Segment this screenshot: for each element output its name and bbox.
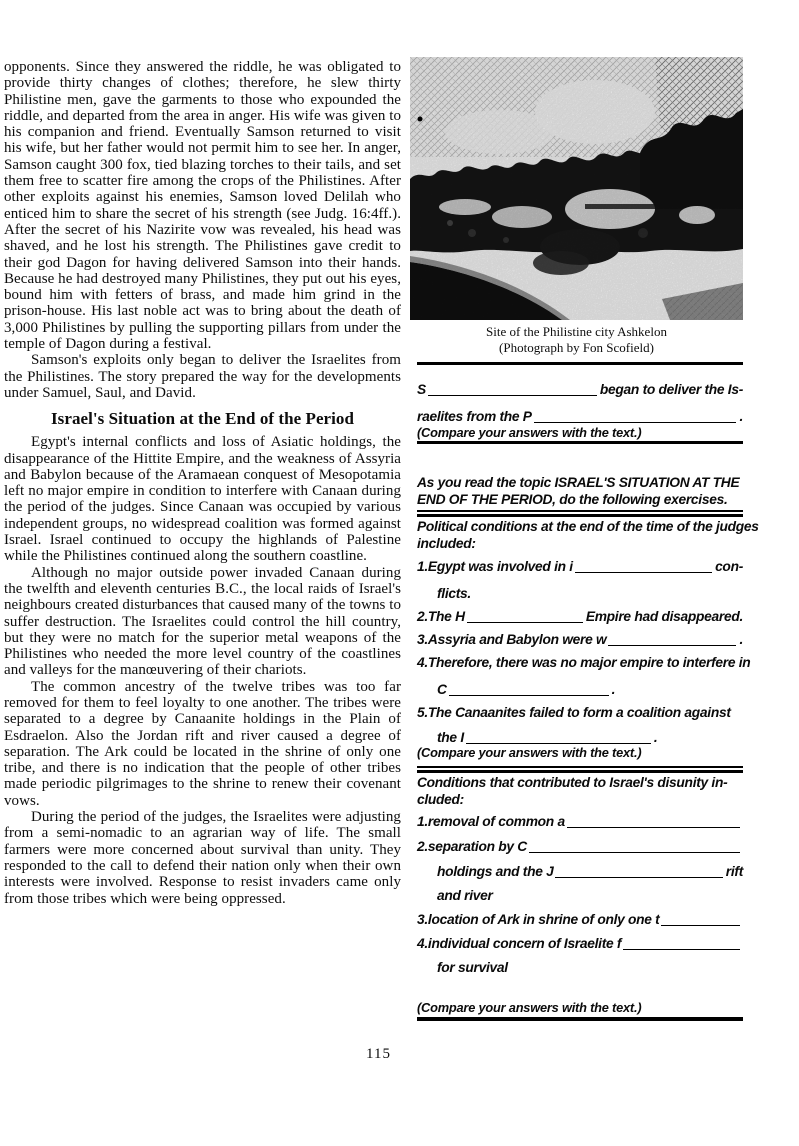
section-heading: Israel's Situation at the End of the Per…: [4, 409, 401, 428]
blank-line: [661, 912, 740, 926]
exercise-item-continuation: flicts.: [417, 585, 743, 602]
left-column: opponents. Since they answered the riddl…: [4, 59, 401, 907]
item-text: flicts.: [437, 585, 471, 602]
paragraph: During the period of the judges, the Isr…: [4, 809, 401, 907]
exercise-item: 1. removal of common a: [417, 813, 743, 830]
item-text: C: [437, 681, 447, 698]
item-number: 4.: [417, 654, 428, 671]
item-number: 3.: [417, 631, 428, 648]
fill-in-line: raelites from the P .: [417, 408, 743, 425]
ashkelon-photo-illustration: [410, 57, 743, 320]
item-text: .: [612, 681, 616, 698]
prompt-text: Conditions that contributed to Israel's …: [417, 774, 727, 791]
compare-note: (Compare your answers with the text.): [417, 746, 743, 760]
paragraph: The common ancestry of the twelve tribes…: [4, 679, 401, 809]
prompt-line: included:: [417, 535, 743, 552]
exercise-item: 2. separation by C: [417, 838, 743, 855]
photo-caption-line2: (Photograph by Fon Scofield): [410, 340, 743, 356]
page-number: 115: [366, 1046, 391, 1063]
exercise-item-continuation: for survival: [417, 959, 743, 976]
exercise-intro-line: As you read the topic ISRAEL'S SITUATION…: [417, 474, 743, 491]
item-number: 1.: [417, 558, 428, 575]
prompt-text: included:: [417, 535, 476, 552]
blank-line: [623, 936, 740, 950]
exercise-item-continuation: C .: [417, 681, 743, 698]
blank-line: [466, 730, 651, 744]
ashkelon-photo: [410, 57, 743, 320]
paragraph: opponents. Since they answered the riddl…: [4, 59, 401, 352]
fill-in-text: raelites from the P: [417, 408, 532, 425]
exercise-item: 3. Assyria and Babylon were w .: [417, 631, 743, 648]
blank-line: [534, 409, 737, 423]
item-text: location of Ark in shrine of only one t: [428, 911, 660, 928]
item-text: individual concern of Israelite f: [428, 935, 621, 952]
item-number: 4.: [417, 935, 428, 952]
prompt-line: Conditions that contributed to Israel's …: [417, 774, 743, 791]
item-text: con-: [715, 558, 743, 575]
fill-in-text: .: [739, 408, 743, 425]
exercise-item: 3. location of Ark in shrine of only one…: [417, 911, 743, 928]
blank-line: [428, 382, 597, 396]
blank-line: [608, 632, 736, 646]
divider-rule: [417, 510, 743, 517]
blank-line: [567, 814, 740, 828]
compare-note: (Compare your answers with the text.): [417, 426, 743, 440]
prompt-line: Political conditions at the end of the t…: [417, 518, 743, 535]
item-number: 3.: [417, 911, 428, 928]
item-number: 2.: [417, 838, 428, 855]
item-text: The Canaanites failed to form a coalitio…: [428, 704, 731, 721]
item-text: Empire had disappeared.: [586, 608, 743, 625]
item-text: separation by C: [428, 838, 527, 855]
item-number: 1.: [417, 813, 428, 830]
item-number: 2.: [417, 608, 428, 625]
exercise-item: 4. Therefore, there was no major empire …: [417, 654, 743, 671]
blank-line: [529, 839, 740, 853]
book-page: opponents. Since they answered the riddl…: [0, 0, 799, 1146]
item-text: rift: [726, 863, 743, 880]
item-text: .: [654, 729, 658, 746]
item-text: Therefore, there was no major empire to …: [428, 654, 751, 671]
exercise-item-continuation: holdings and the J rift: [417, 863, 743, 880]
exercise-item: 5. The Canaanites failed to form a coali…: [417, 704, 743, 721]
intro-text: END OF THE PERIOD, do the following exer…: [417, 491, 727, 508]
fill-in-text: began to deliver the Is-: [600, 381, 743, 398]
divider-rule: [417, 766, 743, 773]
exercise-item-continuation: and river: [417, 887, 743, 904]
item-text: The H: [428, 608, 465, 625]
exercise-item: 4. individual concern of Israelite f: [417, 935, 743, 952]
item-text: Egypt was involved in i: [428, 558, 573, 575]
prompt-text: Political conditions at the end of the t…: [417, 518, 759, 535]
blank-line: [467, 609, 583, 623]
photo-caption: Site of the Philistine city Ashkelon (Ph…: [410, 324, 743, 355]
item-text: removal of common a: [428, 813, 565, 830]
paragraph: Samson's exploits only began to deliver …: [4, 352, 401, 401]
item-text: for survival: [437, 959, 508, 976]
fill-in-line: S began to deliver the Is-: [417, 381, 743, 398]
item-text: the I: [437, 729, 464, 746]
exercise-column: S began to deliver the Is- raelites from…: [417, 362, 743, 1021]
item-text: Assyria and Babylon were w: [428, 631, 607, 648]
intro-text: As you read the topic ISRAEL'S SITUATION…: [417, 474, 739, 491]
divider-rule: [417, 441, 743, 444]
exercise-item: 1. Egypt was involved in i con-: [417, 558, 743, 575]
prompt-line: cluded:: [417, 791, 743, 808]
item-text: and river: [437, 887, 493, 904]
divider-rule: [417, 1017, 743, 1021]
prompt-text: cluded:: [417, 791, 464, 808]
paragraph: Although no major outside power invaded …: [4, 565, 401, 679]
blank-line: [449, 682, 609, 696]
exercise-item-continuation: the I .: [417, 729, 743, 746]
blank-line: [575, 559, 712, 573]
exercise-item: 2. The H Empire had disappeared.: [417, 608, 743, 625]
fill-in-text: S: [417, 381, 426, 398]
item-text: holdings and the J: [437, 863, 553, 880]
photo-caption-line1: Site of the Philistine city Ashkelon: [410, 324, 743, 340]
item-number: 5.: [417, 704, 428, 721]
exercise-intro-line: END OF THE PERIOD, do the following exer…: [417, 491, 743, 508]
paragraph: Egypt's internal conflicts and loss of A…: [4, 434, 401, 564]
blank-line: [555, 864, 722, 878]
divider-rule: [417, 362, 743, 365]
compare-note: (Compare your answers with the text.): [417, 1001, 743, 1015]
item-text: .: [739, 631, 743, 648]
